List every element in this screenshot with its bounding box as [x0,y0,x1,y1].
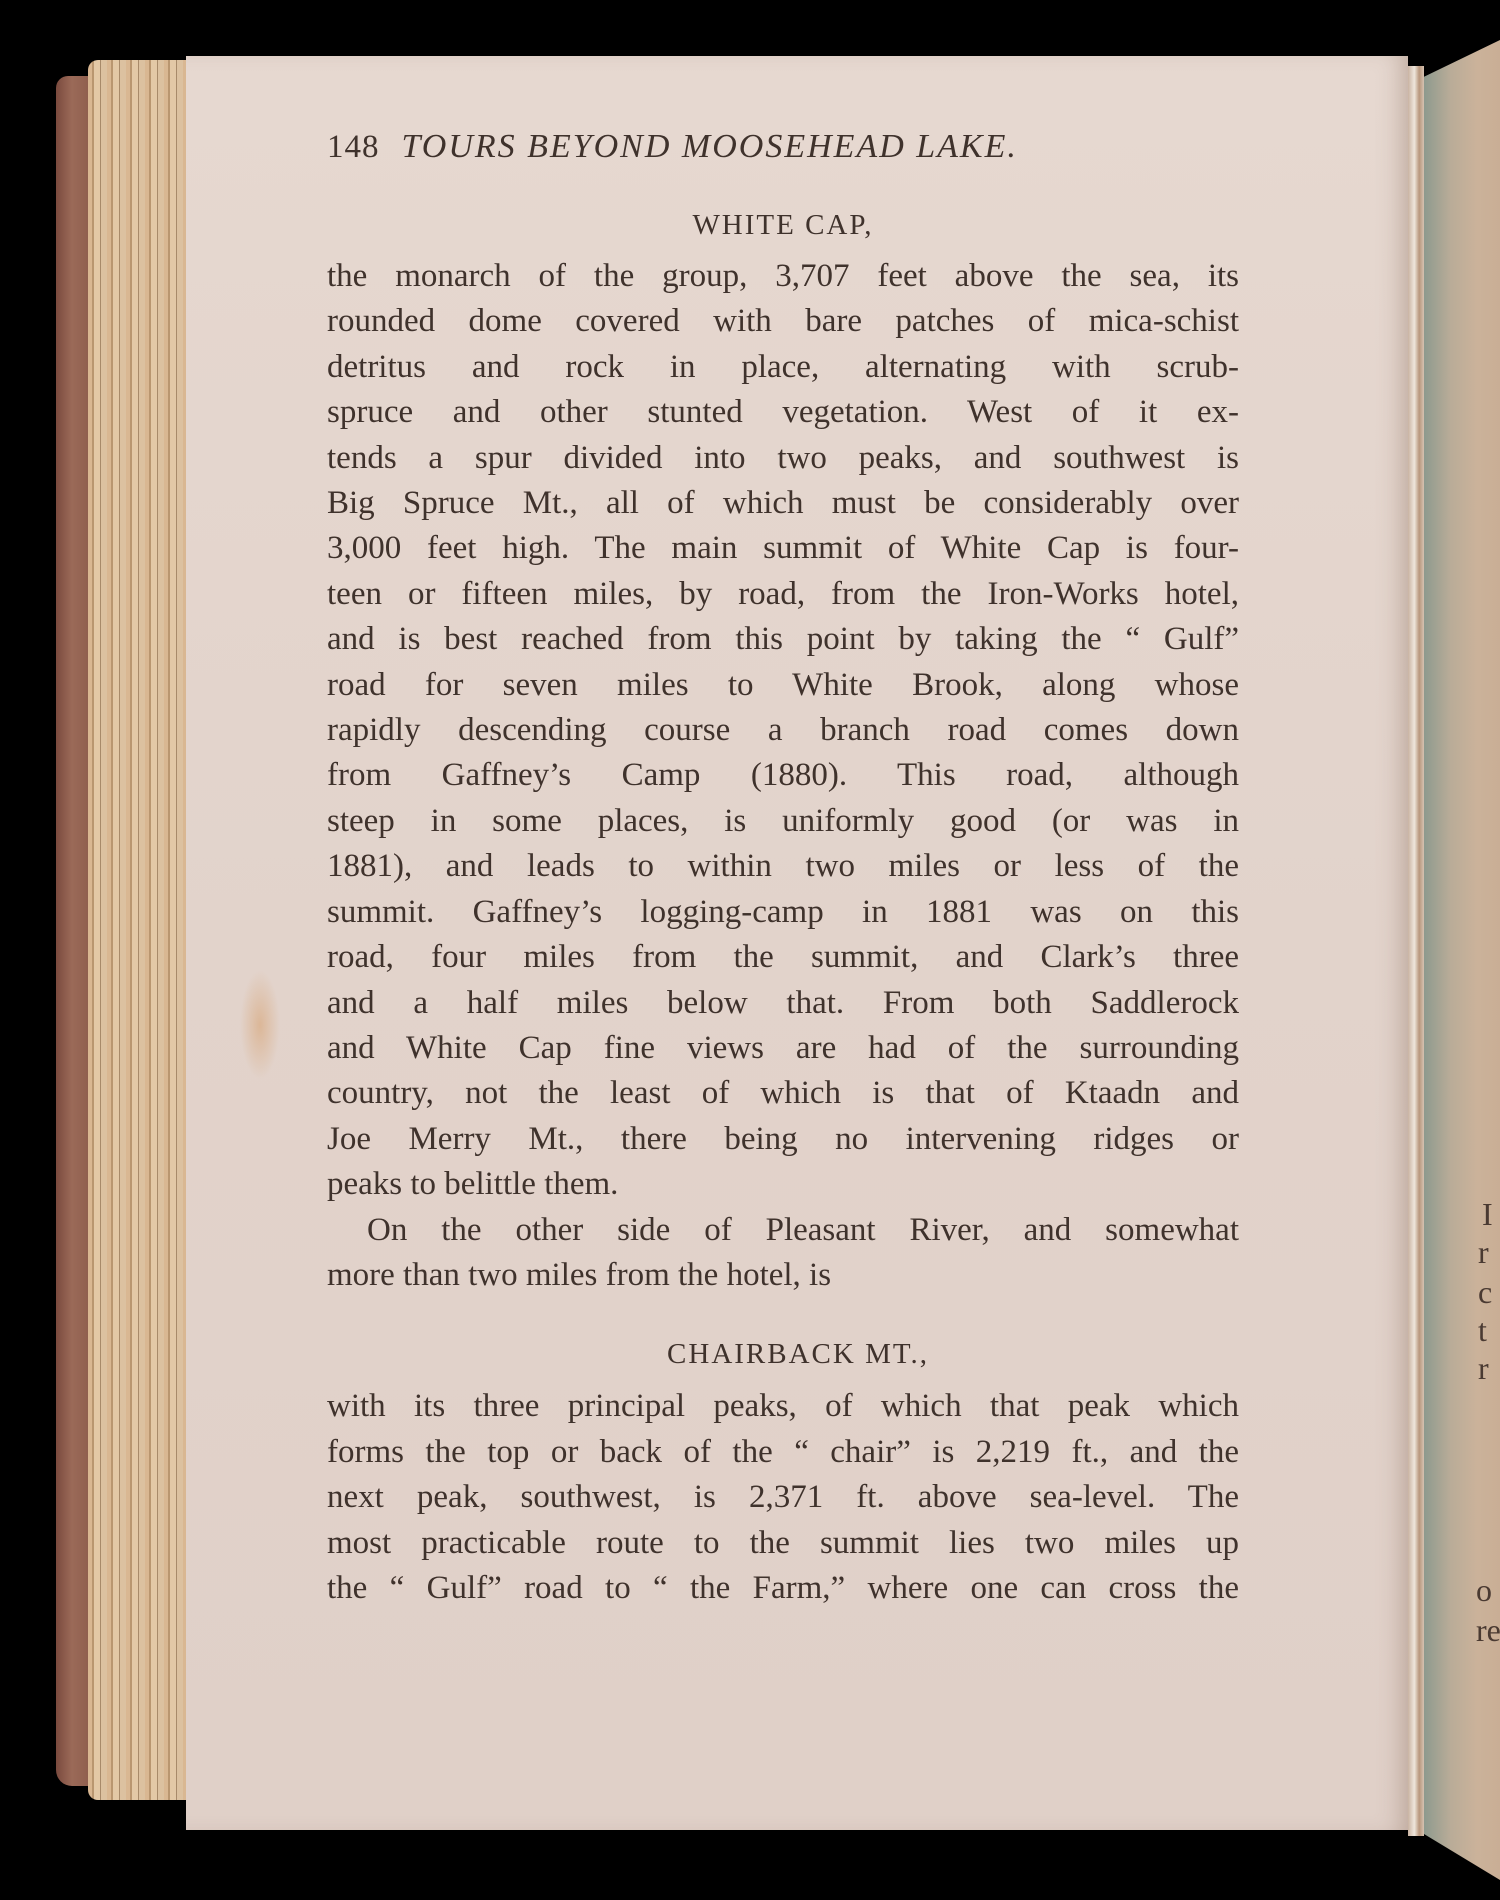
facing-page-fragment: c [1478,1276,1492,1308]
facing-page-fragment: o [1476,1574,1492,1606]
text-line: and is best reached from this point by t… [327,617,1239,662]
paragraph-white-cap: the monarch of the group, 3,707 feet abo… [327,254,1239,1208]
text-line: country, not the least of which is that … [327,1071,1239,1116]
page-text-block: 148 TOURS BEYOND MOOSEHEAD LAKE. WHITE C… [327,128,1239,1611]
facing-page-fragment: r [1478,1352,1489,1384]
text-line: next peak, southwest, is 2,371 ft. above… [327,1475,1239,1520]
text-line: forms the top or back of the “ chair” is… [327,1430,1239,1475]
text-line: steep in some places, is uniformly good … [327,799,1239,844]
text-line: with its three principal peaks, of which… [327,1384,1239,1429]
text-line: the monarch of the group, 3,707 feet abo… [327,254,1239,299]
text-line: peaks to belittle them. [327,1162,1239,1207]
page-number: 148 [327,129,380,166]
text-line: most practicable route to the summit lie… [327,1521,1239,1566]
text-line: and a half miles below that. From both S… [327,981,1239,1026]
text-line: road, four miles from the summit, and Cl… [327,935,1239,980]
facing-page-fragment: I [1482,1198,1493,1230]
text-line: On the other side of Pleasant River, and… [327,1208,1239,1253]
text-line: Big Spruce Mt., all of which must be con… [327,481,1239,526]
facing-page-fragment: r [1478,1236,1489,1268]
text-line: rounded dome covered with bare patches o… [327,299,1239,344]
text-line: 3,000 feet high. The main summit of Whit… [327,526,1239,571]
text-line: Joe Merry Mt., there being no intervenin… [327,1117,1239,1162]
facing-page-fragment: t [1478,1314,1487,1346]
text-line: 1881), and leads to within two miles or … [327,844,1239,889]
text-line: teen or fifteen miles, by road, from the… [327,572,1239,617]
book-scan: I r c t r o re 148 TOURS BEYOND MOOSEHEA… [0,0,1500,1900]
text-line: detritus and rock in place, alternating … [327,345,1239,390]
paragraph-pleasant-river: On the other side of Pleasant River, and… [327,1208,1239,1299]
running-head: 148 TOURS BEYOND MOOSEHEAD LAKE. [327,128,1239,184]
text-line: summit. Gaffney’s logging-camp in 1881 w… [327,890,1239,935]
text-line: and White Cap fine views are had of the … [327,1026,1239,1071]
facing-page-fragment: re [1476,1614,1500,1646]
text-line: road for seven miles to White Brook, alo… [327,663,1239,708]
text-line: spruce and other stunted vegetation. Wes… [327,390,1239,435]
foxing-stain [240,970,280,1080]
paragraph-chairback: with its three principal peaks, of which… [327,1384,1239,1611]
text-line: tends a spur divided into two peaks, and… [327,436,1239,481]
page-edges-stack [88,60,188,1800]
book-gutter [1408,66,1424,1836]
text-line: from Gaffney’s Camp (1880). This road, a… [327,753,1239,798]
section-heading-chairback: CHAIRBACK MT., [327,1324,1239,1384]
text-line: the “ Gulf” road to “ the Farm,” where o… [327,1566,1239,1611]
running-title: TOURS BEYOND MOOSEHEAD LAKE. [402,128,1018,166]
text-line: rapidly descending course a branch road … [327,708,1239,753]
section-heading-white-cap: WHITE CAP, [327,196,1239,254]
text-line: more than two miles from the hotel, is [327,1253,1239,1298]
